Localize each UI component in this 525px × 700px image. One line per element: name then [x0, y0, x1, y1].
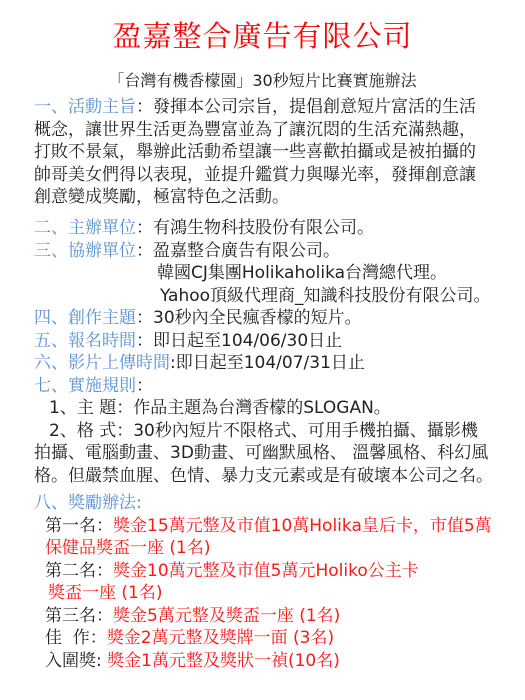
prize-honorable: 佳 作：獎金2萬元整及獎牌一面 (3名): [34, 627, 504, 650]
theme-heading: 四、創作主題: [34, 308, 136, 328]
company-title: 盈嘉整合廣告有限公司: [0, 18, 525, 54]
purpose-separator: ：: [136, 97, 153, 117]
prize-honorable-text: 獎金2萬元整及獎牌一面 (3名): [107, 628, 334, 648]
registration-heading: 五、報名時間: [34, 331, 136, 351]
purpose-line-0: 發揮本公司宗旨，提倡創意短片富活的生活: [153, 97, 476, 117]
awards-heading: 八、獎勵辦法: [34, 493, 136, 513]
organizer-separator: ：: [136, 218, 153, 238]
prize-honorable-label: 佳 作：: [45, 628, 107, 648]
theme-line: 四、創作主題：30秒內全民瘋香檬的短片。: [34, 307, 504, 330]
awards-separator: :: [136, 493, 142, 513]
prize-second: 第二名：獎金10萬元整及市值5萬元Holiko公主卡: [34, 560, 504, 583]
prize-finalist: 入圍獎: 獎金1萬元整及獎狀一禎(10名): [34, 650, 504, 673]
rule-item-1-text: 作品主題為台灣香檬的SLOGAN。: [133, 398, 391, 418]
co-organizer-value-1: 韓國CJ集團Holikaholika台灣總代理。: [34, 262, 504, 285]
co-organizer-value-2: Yahoo頂級代理商_知識科技股份有限公司。: [34, 285, 504, 308]
rule-item-2-continuation-1: 格。但嚴禁血腥、色情、暴力支元素或是有破壞本公司之名。: [34, 465, 504, 488]
prize-second-label: 第二名：: [45, 561, 113, 581]
rule-item-2-text: 30秒內短片不限格式、可用手機拍攝、攝影機: [133, 421, 478, 441]
prize-first-text: 獎金15萬元整及市值10萬Holika皇后卡，市值5萬: [113, 516, 492, 536]
prize-third: 第三名：獎金5萬元整及獎盃一座 (1名): [34, 605, 504, 628]
organizer-line: 二、主辦單位：有鴻生物科技股份有限公司。: [34, 217, 504, 240]
awards-heading-line: 八、獎勵辦法:: [34, 492, 504, 515]
rule-item-1-label: 1、主 題：: [49, 398, 133, 418]
co-organizer-separator: ：: [136, 241, 153, 261]
section-awards: 八、獎勵辦法: 第一名：獎金15萬元整及市值10萬Holika皇后卡，市值5萬 …: [34, 492, 504, 672]
registration-line: 五、報名時間：即日起至104/06/30日止: [34, 330, 504, 353]
organizer-value: 有鴻生物科技股份有限公司。: [153, 218, 374, 238]
rule-item-2: 2、格 式：30秒內短片不限格式、可用手機拍攝、攝影機: [34, 420, 504, 443]
organizer-heading: 二、主辦單位: [34, 218, 136, 238]
section-purpose: 一、活動主旨：發揮本公司宗旨，提倡創意短片富活的生活 概念，讓世界生活更為豐富並…: [34, 96, 504, 209]
rules-heading-line: 七、實施規則：: [34, 375, 504, 398]
prize-third-text: 獎金5萬元整及獎盃一座 (1名): [113, 606, 340, 626]
purpose-heading: 一、活動主旨: [34, 97, 136, 117]
co-organizer-line: 三、協辦單位：盈嘉整合廣告有限公司。: [34, 240, 504, 263]
prize-second-continuation: 獎盃一座 (1名): [34, 582, 504, 605]
rules-separator: ：: [136, 376, 153, 396]
upload-value: 即日起至104/07/31日止: [176, 353, 365, 373]
prize-finalist-label: 入圍獎:: [45, 651, 107, 671]
rule-item-1: 1、主 題：作品主題為台灣香檬的SLOGAN。: [34, 397, 504, 420]
purpose-line-4: 創意變成獎勵，極富特色之活動。: [34, 186, 504, 209]
theme-separator: ：: [136, 308, 153, 328]
prize-first-label: 第一名：: [45, 516, 113, 536]
co-organizer-value-0: 盈嘉整合廣告有限公司。: [153, 241, 340, 261]
purpose-line-2: 打敗不景氣，舉辦此活動希望讓一些喜歡拍攝或是被拍攝的: [34, 141, 504, 164]
rule-item-2-label: 2、格 式：: [49, 421, 133, 441]
section-details: 二、主辦單位：有鴻生物科技股份有限公司。 三、協辦單位：盈嘉整合廣告有限公司。 …: [34, 217, 504, 487]
prize-finalist-text: 獎金1萬元整及獎狀一禎(10名): [107, 651, 340, 671]
document-subtitle: 「台灣有機香檬園」30秒短片比賽實施辦法: [0, 70, 525, 92]
co-organizer-heading: 三、協辦單位: [34, 241, 136, 261]
rule-item-2-continuation-0: 拍攝、電腦動畫、3D動畫、可幽默風格、 溫馨風格、科幻風: [34, 442, 504, 465]
prize-first-continuation: 保健品獎盃一座 (1名): [34, 537, 504, 560]
purpose-line-3: 帥哥美女們得以表現，並提升鑑賞力與曝光率，發揮創意讓: [34, 164, 504, 187]
purpose-line-1: 概念，讓世界生活更為豐富並為了讓沉悶的生活充滿熱趣，: [34, 119, 504, 142]
prize-third-label: 第三名：: [45, 606, 113, 626]
prize-second-text: 獎金10萬元整及市值5萬元Holiko公主卡: [113, 561, 419, 581]
prize-first: 第一名：獎金15萬元整及市值10萬Holika皇后卡，市值5萬: [34, 515, 504, 538]
upload-line: 六、影片上傳時間:即日起至104/07/31日止: [34, 352, 504, 375]
upload-heading: 六、影片上傳時間: [34, 353, 170, 373]
registration-value: 即日起至104/06/30日止: [153, 331, 342, 351]
rules-heading: 七、實施規則: [34, 376, 136, 396]
theme-value: 30秒內全民瘋香檬的短片。: [153, 308, 362, 328]
purpose-first-line: 一、活動主旨：發揮本公司宗旨，提倡創意短片富活的生活: [34, 96, 504, 119]
registration-separator: ：: [136, 331, 153, 351]
